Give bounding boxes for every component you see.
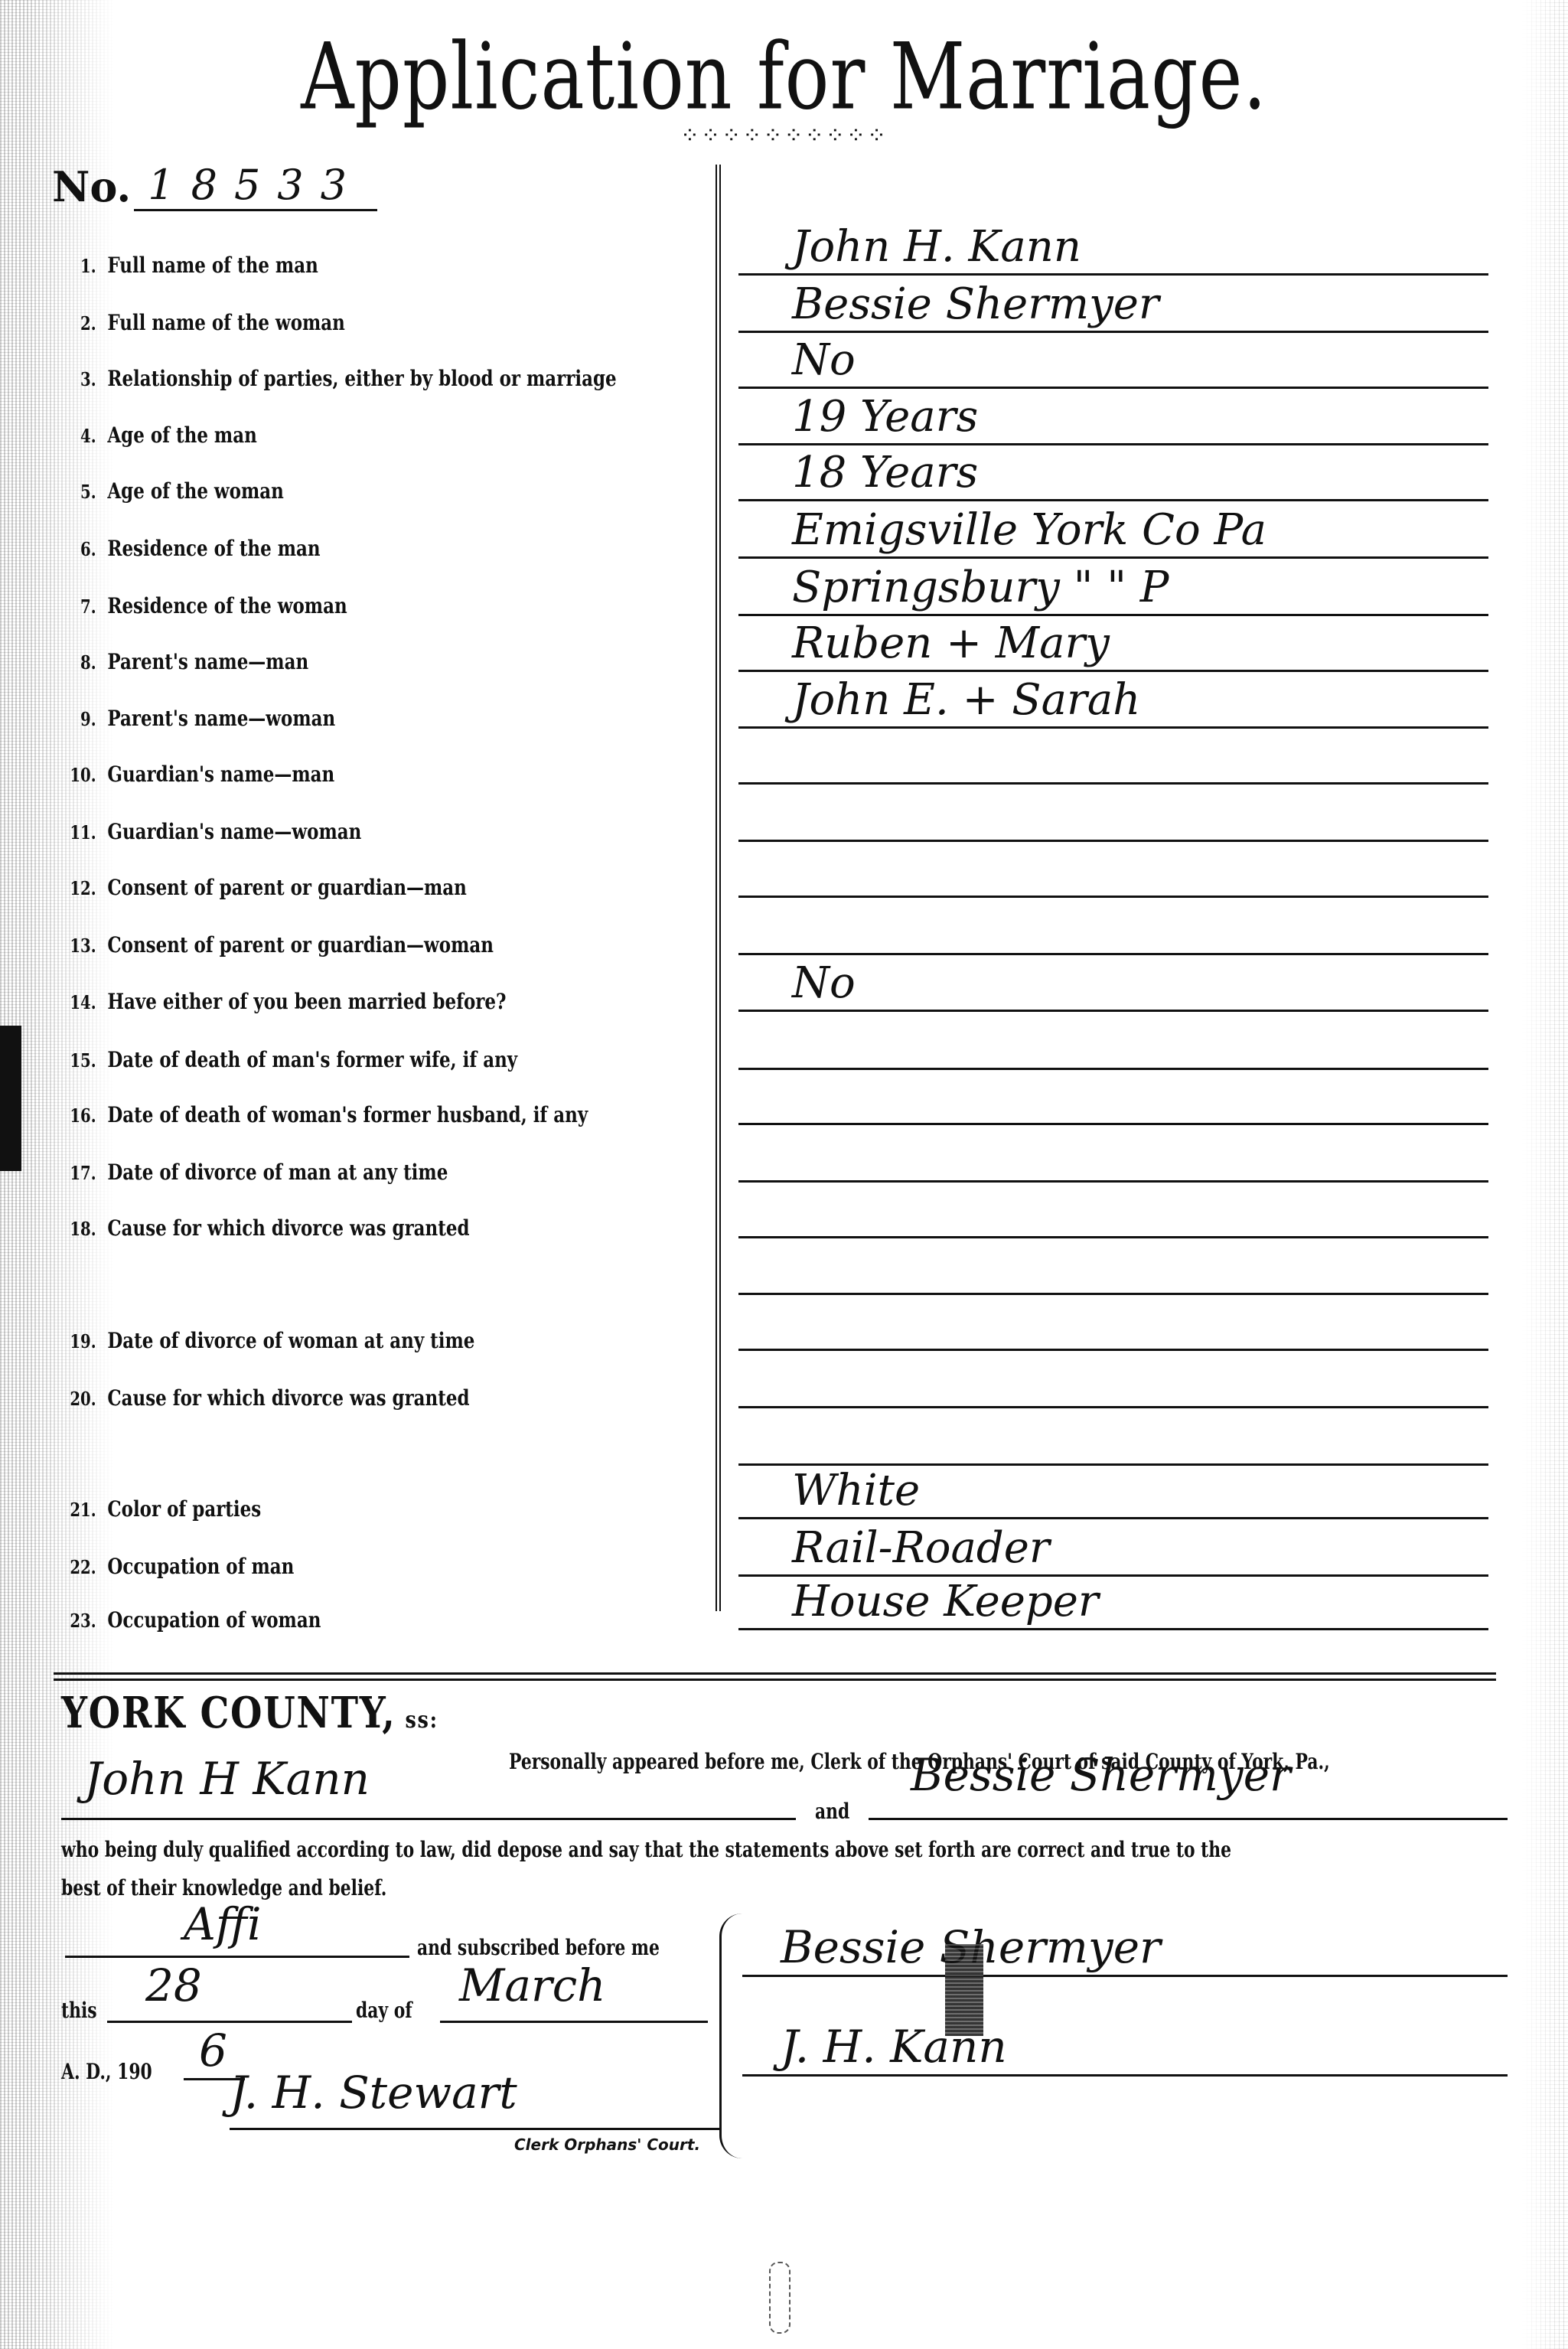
field-number: 10. <box>46 764 96 786</box>
field-number: 19. <box>46 1330 96 1352</box>
field-label-12: 12.Consent of parent or guardian—man <box>46 875 467 900</box>
column-divider <box>716 165 721 1611</box>
man-name-line <box>61 1818 796 1820</box>
application-number-label: No. <box>52 162 131 211</box>
section-rule-double <box>54 1679 1496 1681</box>
field-answer-text: John H. Kann <box>792 222 1081 272</box>
field-answer-text: White <box>792 1466 920 1515</box>
field-number: 23. <box>46 1610 96 1632</box>
field-label-text: Cause for which divorce was granted <box>107 1385 469 1411</box>
field-label-5: 5.Age of the woman <box>46 478 284 504</box>
field-label-15: 15.Date of death of man's former wife, i… <box>46 1047 517 1072</box>
field-answer-text: John E. + Sarah <box>792 675 1140 725</box>
signature-brace <box>719 1913 745 2158</box>
field-label-text: Guardian's name—man <box>107 762 334 787</box>
field-answer-2: Bessie Shermyer <box>738 296 1488 333</box>
field-label-16: 16.Date of death of woman's former husba… <box>46 1102 588 1127</box>
field-label-text: Age of the man <box>107 422 256 448</box>
field-label-text: Occupation of man <box>107 1554 294 1579</box>
field-label-11: 11.Guardian's name—woman <box>46 819 361 844</box>
field-number: 11. <box>46 821 96 843</box>
day-line <box>107 2021 352 2023</box>
field-answer-7: Springsbury " " P <box>738 579 1488 616</box>
field-label-text: Full name of the man <box>107 253 318 278</box>
field-label-20: 20.Cause for which divorce was granted <box>46 1385 470 1411</box>
field-continuation-line-2 <box>738 1429 1488 1466</box>
field-answer-1: John H. Kann <box>738 239 1488 276</box>
field-number: 3. <box>46 368 96 390</box>
field-answer-15 <box>738 1033 1488 1070</box>
field-label-text: Date of divorce of woman at any time <box>107 1328 474 1353</box>
field-number: 13. <box>46 935 96 957</box>
field-number: 18. <box>46 1218 96 1240</box>
field-answer-3: No <box>738 352 1488 389</box>
application-number: No. 18533 <box>52 161 377 211</box>
county-heading: YORK COUNTY,ss: <box>61 1688 438 1738</box>
field-label-text: Color of parties <box>107 1496 261 1522</box>
field-label-text: Consent of parent or guardian—man <box>107 875 467 900</box>
oath-text-line2: best of their knowledge and belief. <box>61 1875 386 1900</box>
scan-noise-right <box>1522 0 1568 2349</box>
field-answer-9: John E. + Sarah <box>738 692 1488 729</box>
field-number: 4. <box>46 425 96 447</box>
field-label-text: Have either of you been married before? <box>107 989 506 1014</box>
field-label-text: Parent's name—woman <box>107 706 335 731</box>
field-answer-20 <box>738 1372 1488 1408</box>
field-answer-8: Ruben + Mary <box>738 635 1488 672</box>
man-signature: J. H. Kann <box>781 2021 1007 2073</box>
ad-year-text: A. D., 190 <box>61 2059 152 2084</box>
oath-text-line1: who being duly qualified according to la… <box>61 1837 1231 1862</box>
field-answer-11 <box>738 805 1488 842</box>
field-label-text: Cause for which divorce was granted <box>107 1215 469 1241</box>
and-word: and <box>815 1799 849 1824</box>
field-answer-23: House Keeper <box>738 1594 1488 1630</box>
field-label-text: Guardian's name—woman <box>107 819 361 844</box>
field-label-6: 6.Residence of the man <box>46 536 321 561</box>
field-answer-text: Springsbury " " P <box>792 563 1169 612</box>
field-label-8: 8.Parent's name—man <box>46 649 308 674</box>
field-number: 9. <box>46 708 96 730</box>
field-number: 22. <box>46 1556 96 1578</box>
field-answer-22: Rail-Roader <box>738 1540 1488 1577</box>
field-number: 5. <box>46 481 96 503</box>
ornament-divider: ⁘⁘⁘⁘⁘⁘⁘⁘⁘⁘ <box>0 122 1568 149</box>
field-answer-19 <box>738 1314 1488 1351</box>
field-label-text: Occupation of woman <box>107 1607 321 1633</box>
field-answer-text: Ruben + Mary <box>792 618 1110 668</box>
field-answer-text: 19 Years <box>792 392 978 442</box>
field-label-text: Residence of the man <box>107 536 320 561</box>
field-answer-16 <box>738 1088 1488 1125</box>
man-signature-line <box>742 2074 1508 2077</box>
field-label-7: 7.Residence of the woman <box>46 593 347 618</box>
field-number: 12. <box>46 877 96 899</box>
field-answer-text: Rail-Roader <box>792 1523 1050 1573</box>
clerk-signature-line <box>230 2128 719 2130</box>
subscribed-text: and subscribed before me <box>417 1935 660 1960</box>
woman-name-signature: Bessie Shermyer <box>911 1749 1291 1801</box>
this-word: this <box>61 1998 97 2023</box>
field-answer-text: No <box>792 335 856 385</box>
year-suffix: 6 <box>199 2024 227 2077</box>
field-label-19: 19.Date of divorce of woman at any time <box>46 1328 474 1353</box>
field-label-2: 2.Full name of the woman <box>46 310 345 335</box>
field-label-text: Date of death of woman's former husband,… <box>107 1102 588 1127</box>
field-number: 6. <box>46 538 96 560</box>
field-label-1: 1.Full name of the man <box>46 253 318 278</box>
field-number: 20. <box>46 1388 96 1410</box>
affirmed-value: Affi <box>184 1898 262 1950</box>
field-label-22: 22.Occupation of man <box>46 1554 294 1579</box>
day-of-text: day of <box>356 1998 412 2023</box>
field-number: 7. <box>46 595 96 618</box>
field-answer-text: Bessie Shermyer <box>792 279 1159 329</box>
field-label-text: Residence of the woman <box>107 593 347 618</box>
field-label-13: 13.Consent of parent or guardian—woman <box>46 932 494 958</box>
field-label-text: Date of divorce of man at any time <box>107 1160 448 1185</box>
field-answer-text: House Keeper <box>792 1577 1099 1626</box>
field-number: 2. <box>46 312 96 334</box>
document-title: Application for Marriage. <box>0 23 1568 130</box>
field-label-23: 23.Occupation of woman <box>46 1607 321 1633</box>
scan-tear-mark <box>0 1026 21 1171</box>
field-answer-12 <box>738 861 1488 898</box>
county-name: YORK COUNTY, <box>61 1688 396 1738</box>
field-label-14: 14.Have either of you been married befor… <box>46 989 506 1014</box>
stray-mark <box>769 2262 791 2334</box>
field-label-4: 4.Age of the man <box>46 422 257 448</box>
field-label-9: 9.Parent's name—woman <box>46 706 335 731</box>
field-label-text: Age of the woman <box>107 478 283 504</box>
month-line <box>440 2021 708 2023</box>
field-label-text: Date of death of man's former wife, if a… <box>107 1047 517 1072</box>
field-number: 16. <box>46 1104 96 1127</box>
field-answer-text: 18 Years <box>792 448 978 498</box>
field-answer-text: Emigsville York Co Pa <box>792 505 1266 555</box>
section-rule <box>54 1672 1496 1675</box>
man-name-signature: John H Kann <box>84 1753 370 1805</box>
field-number: 14. <box>46 991 96 1013</box>
field-answer-5: 18 Years <box>738 465 1488 501</box>
field-label-18: 18.Cause for which divorce was granted <box>46 1215 470 1241</box>
field-answer-13 <box>738 918 1488 955</box>
field-label-17: 17.Date of divorce of man at any time <box>46 1160 448 1185</box>
ss-abbrev: ss: <box>405 1707 438 1734</box>
clerk-caption: Clerk Orphans' Court. <box>514 2135 700 2154</box>
month-value: March <box>459 1959 606 2011</box>
field-number: 8. <box>46 651 96 674</box>
field-label-text: Relationship of parties, either by blood… <box>107 366 616 391</box>
field-label-text: Parent's name—man <box>107 649 308 674</box>
clerk-signature: J. H. Stewart <box>230 2067 517 2119</box>
field-label-21: 21.Color of parties <box>46 1496 261 1522</box>
field-label-text: Full name of the woman <box>107 310 345 335</box>
field-answer-10 <box>738 748 1488 785</box>
field-answer-17 <box>738 1146 1488 1183</box>
field-label-text: Consent of parent or guardian—woman <box>107 932 494 958</box>
affirmed-line <box>65 1956 409 1958</box>
field-answer-6: Emigsville York Co Pa <box>738 522 1488 559</box>
field-answer-21: White <box>738 1483 1488 1519</box>
field-number: 17. <box>46 1162 96 1184</box>
field-label-10: 10.Guardian's name—man <box>46 762 334 787</box>
field-number: 21. <box>46 1499 96 1521</box>
field-number: 1. <box>46 255 96 277</box>
application-number-value: 18533 <box>134 161 377 211</box>
day-value: 28 <box>145 1959 202 2011</box>
field-answer-4: 19 Years <box>738 409 1488 445</box>
field-answer-text: No <box>792 958 856 1008</box>
woman-name-line <box>869 1818 1508 1820</box>
field-continuation-line-1 <box>738 1258 1488 1295</box>
field-answer-14: No <box>738 975 1488 1012</box>
field-number: 15. <box>46 1049 96 1072</box>
field-label-3: 3.Relationship of parties, either by blo… <box>46 366 617 391</box>
field-answer-18 <box>738 1202 1488 1238</box>
woman-signature-line <box>742 1975 1508 1977</box>
